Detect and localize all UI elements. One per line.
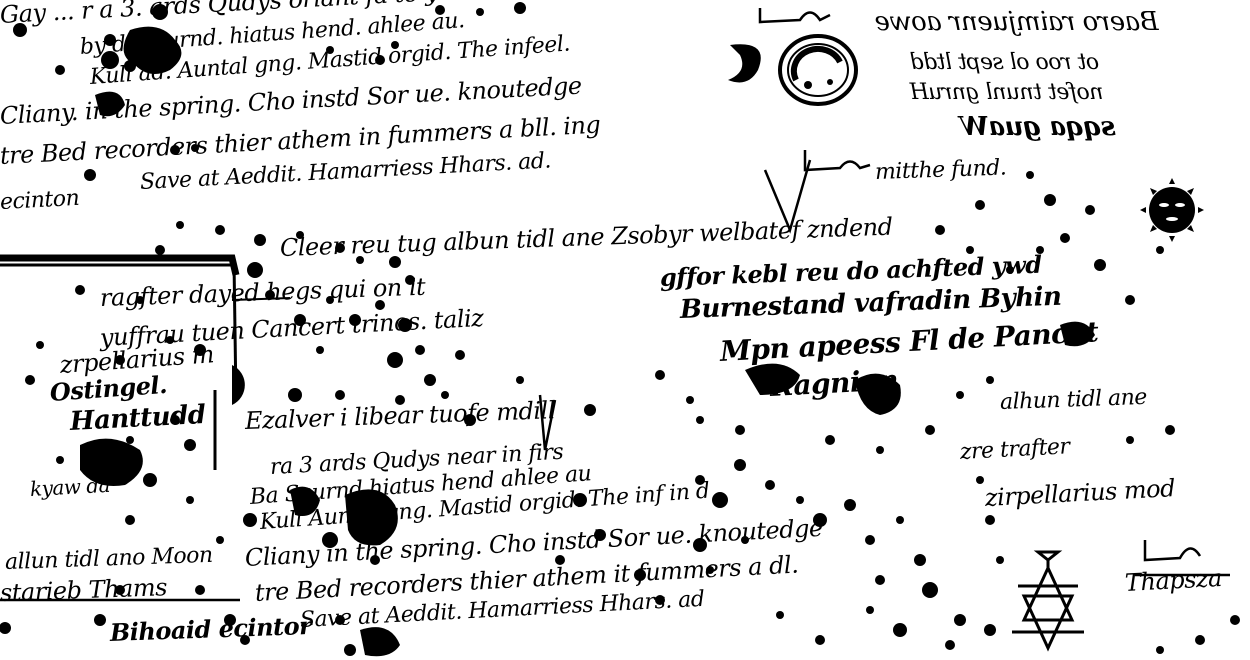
handwritten-line: nofet tnunl gnruH <box>910 82 1103 104</box>
handwritten-line: Thapsza <box>1124 566 1222 595</box>
crescent-glyph <box>728 44 761 82</box>
handwritten-line: ot roo ol sept ltdd <box>910 52 1099 74</box>
handwritten-line: ecinton <box>0 188 80 214</box>
handwritten-line: sqqa guaW <box>960 114 1116 140</box>
ink-blot <box>232 365 245 405</box>
handwritten-line: mitthe fund. <box>875 158 1007 185</box>
handwritten-line: Baero raimjuenr aowe <box>875 9 1159 35</box>
handwriting-texture: Gay ... r a 3. ards Qudys oriant fa to y… <box>0 0 1250 660</box>
handwritten-line: alhun tidl ane <box>1000 387 1148 414</box>
sun-face-icon <box>1140 178 1204 242</box>
handwritten-line: kyaw da <box>29 475 110 499</box>
handwritten-line: Ragnion <box>769 366 898 401</box>
handwritten-line: Bihoaid ecintor <box>110 614 312 645</box>
handwritten-line: Ostingel. <box>49 373 167 405</box>
seal-stamp-icon <box>780 36 856 104</box>
handwritten-line: starieb Thams <box>0 575 167 605</box>
handwritten-line: Hanttudd <box>69 402 206 435</box>
alchemy-star-symbol-icon <box>1012 552 1084 648</box>
